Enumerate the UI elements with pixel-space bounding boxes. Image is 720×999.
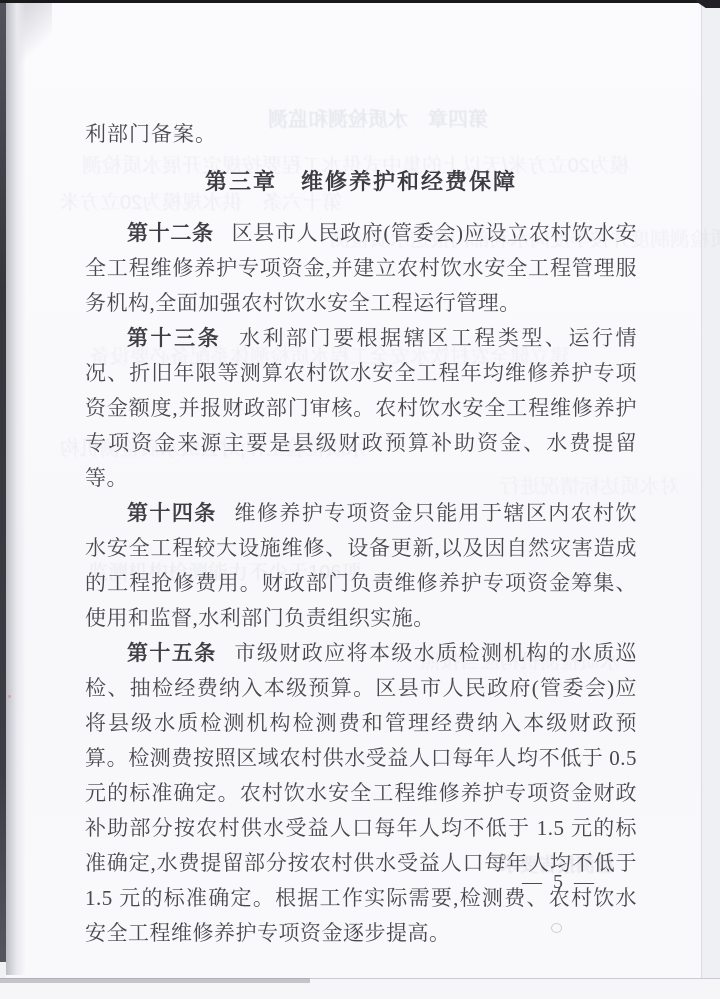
paper-right-edge: [701, 3, 720, 978]
article-15: 第十五条市级财政应将本级水质检测机构的水质巡检、抽检经费纳入本级预算。区县市人民…: [85, 636, 637, 951]
article-text: 市级财政应将本级水质检测机构的水质巡检、抽检经费纳入本级预算。区县市人民政府(管…: [85, 641, 637, 945]
stray-circle-mark: [551, 923, 562, 933]
article-text: 水利部门要根据辖区工程类型、运行情况、折旧年限等测算农村饮水安全工程年均维修养护…: [85, 326, 637, 490]
article-14: 第十四条维修养护专项资金只能用于辖区内农村饮水安全工程较大设施维修、设备更新,以…: [85, 496, 637, 636]
article-12: 第十二条区县市人民政府(管委会)应设立农村饮水安全工程维修养护专项资金,并建立农…: [85, 216, 637, 321]
scanned-page: 第四章 水质检测和监测 模为20立方米/天以上的集中式供水工程要按规定开展水质检…: [0, 0, 720, 999]
article-number: 第十五条: [127, 642, 217, 665]
scanner-edge-top: [0, 0, 720, 3]
article-paragraphs: 第十二条区县市人民政府(管委会)应设立农村饮水安全工程维修养护专项资金,并建立农…: [85, 216, 637, 951]
page-left-edge-shadow: [6, 0, 26, 975]
article-number: 第十四条: [127, 502, 217, 525]
body-continuation-line: 利部门备案。: [85, 117, 217, 152]
chapter-heading: 第三章 维修养护和经费保障: [85, 164, 637, 199]
page-number: — 5 —: [522, 869, 597, 895]
bleedthrough-text: 第四章 水质检测和监测: [268, 103, 488, 132]
stray-ink-mark: o: [500, 851, 506, 863]
article-number: 第十三条: [127, 327, 221, 350]
article-13: 第十三条水利部门要根据辖区工程类型、运行情况、折旧年限等测算农村饮水安全工程年均…: [85, 321, 637, 496]
page-bottom-edge-shadow: [0, 978, 310, 983]
stray-speck: [8, 695, 11, 698]
scanner-edge-left: [0, 0, 6, 962]
article-number: 第十二条: [127, 222, 214, 245]
